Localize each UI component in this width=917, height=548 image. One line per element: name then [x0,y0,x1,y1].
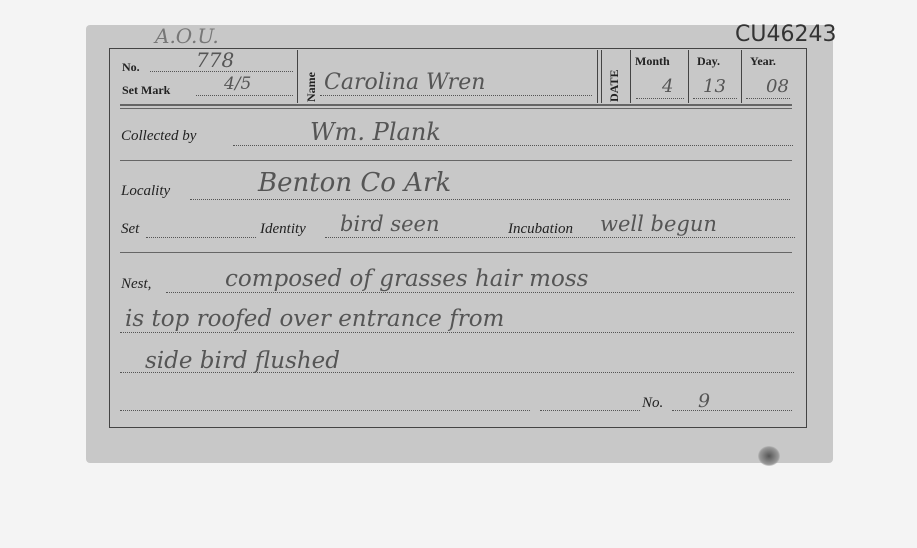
dotted-line [120,332,794,333]
dotted-line [120,410,530,411]
locality-value: Benton Co Ark [258,168,451,198]
set-mark-value: 4/5 [224,74,251,94]
dotted-line [146,237,256,238]
dotted-line [196,95,293,96]
divider [597,50,598,103]
collected-by-label: Collected by [121,128,196,145]
dotted-line [320,95,592,96]
set-mark-label: Set Mark [122,83,170,98]
nest-line-3: side bird flushed [145,348,340,374]
dotted-line [746,98,790,99]
incubation-value: well begun [600,212,717,236]
incubation-label: Incubation [508,221,573,238]
identity-value: bird seen [340,212,439,236]
dotted-line [166,292,794,293]
no-value: 778 [196,48,234,72]
locality-label: Locality [121,183,170,200]
divider [741,50,742,103]
collected-by-value: Wm. Plank [310,118,441,146]
day-label: Day. [697,54,720,69]
no-label: No. [122,60,140,75]
divider [297,50,298,103]
name-label: Name [304,72,319,102]
divider [601,50,602,103]
divider [630,50,631,103]
rule [120,252,792,253]
date-label: DATE [607,70,622,102]
dotted-line [540,410,640,411]
nest-line-2: is top roofed over entrance from [125,306,504,332]
catalog-number: CU46243 [735,22,836,47]
divider [688,50,689,103]
day-value: 13 [703,76,726,97]
name-value: Carolina Wren [324,70,485,95]
ink-stain [758,446,780,466]
nest-line-1: composed of grasses hair moss [225,266,588,292]
identity-label: Identity [260,221,306,238]
dotted-line [636,98,684,99]
nest-label: Nest, [121,276,151,293]
rule [120,108,792,109]
header-note: A.O.U. [155,24,219,48]
dotted-line [672,410,792,411]
footer-no-label: No. [642,395,663,412]
rule [120,104,792,106]
footer-no-value: 9 [698,390,710,412]
year-label: Year. [750,54,776,69]
dotted-line [190,199,790,200]
month-label: Month [635,54,670,69]
set-label: Set [121,221,139,238]
rule [120,160,792,161]
dotted-line [693,98,737,99]
year-value: 08 [766,76,789,97]
month-value: 4 [662,76,673,97]
